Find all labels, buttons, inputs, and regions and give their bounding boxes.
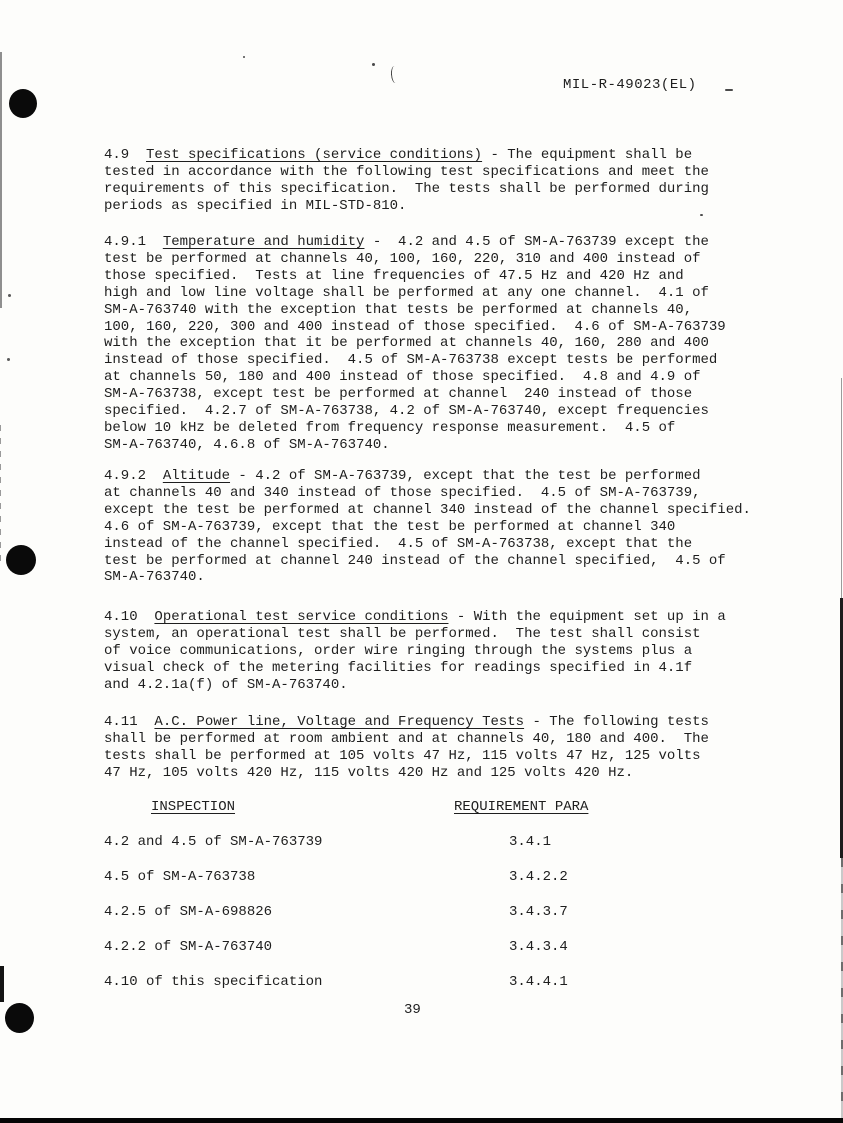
page-number: 39 (404, 1002, 421, 1019)
scan-speck (7, 358, 10, 361)
hole-punch-mark (6, 545, 36, 575)
scan-speck (8, 294, 11, 297)
section-title: Operational test service conditions (154, 609, 448, 625)
table-row: 4.5 of SM-A-763738 3.4.2.2 (104, 869, 804, 886)
section-number: 4.9 (104, 147, 146, 163)
section-number: 4.10 (104, 609, 154, 625)
section-4-9-2: 4.9.2 Altitude - 4.2 of SM-A-763739, exc… (104, 468, 804, 586)
cell-inspection: 4.2 and 4.5 of SM-A-763739 (104, 834, 322, 851)
right-edge-scan-line (841, 858, 843, 1118)
table-row: 4.10 of this specification 3.4.4.1 (104, 974, 804, 991)
section-title: Test specifications (service conditions) (146, 147, 482, 163)
cell-requirement: 3.4.3.4 (509, 939, 568, 956)
left-edge-scan-line (0, 52, 2, 308)
section-4-9: 4.9 Test specifications (service conditi… (104, 147, 804, 215)
scanned-document-page: MIL-R-49023(EL) 4.9 Test specifications … (0, 0, 843, 1123)
cell-requirement: 3.4.4.1 (509, 974, 568, 991)
section-4-10: 4.10 Operational test service conditions… (104, 609, 804, 694)
section-number: 4.9.2 (104, 468, 163, 484)
scan-speck (243, 56, 245, 58)
section-body: - 4.2 of SM-A-763739, except that the te… (104, 468, 751, 585)
right-edge-scan-line (841, 378, 842, 598)
section-number: 4.9.1 (104, 234, 163, 250)
right-edge-scan-line (840, 598, 843, 858)
table-header-requirement: REQUIREMENT PARA (454, 799, 588, 816)
left-edge-scan-bar (0, 966, 4, 1002)
left-edge-scan-line (0, 425, 1, 565)
section-body: - 4.2 and 4.5 of SM-A-763739 except the … (104, 234, 726, 453)
table-row: 4.2 and 4.5 of SM-A-763739 3.4.1 (104, 834, 804, 851)
section-number: 4.11 (104, 714, 154, 730)
section-4-11: 4.11 A.C. Power line, Voltage and Freque… (104, 714, 804, 782)
document-number-header: MIL-R-49023(EL) (563, 77, 697, 94)
cell-requirement: 3.4.1 (509, 834, 551, 851)
cell-inspection: 4.10 of this specification (104, 974, 322, 991)
scan-speck (725, 89, 733, 91)
table-header-inspection: INSPECTION (151, 799, 235, 816)
cell-inspection: 4.5 of SM-A-763738 (104, 869, 255, 886)
section-title: Temperature and humidity (163, 234, 365, 250)
section-title: Altitude (163, 468, 230, 484)
cell-inspection: 4.2.2 of SM-A-763740 (104, 939, 272, 956)
scan-speck (372, 63, 375, 66)
scan-speck (390, 66, 399, 84)
section-title: A.C. Power line, Voltage and Frequency T… (154, 714, 524, 730)
cell-requirement: 3.4.2.2 (509, 869, 568, 886)
bottom-edge-scan-bar (0, 1118, 843, 1123)
hole-punch-mark (9, 89, 37, 118)
table-row: 4.2.5 of SM-A-698826 3.4.3.7 (104, 904, 804, 921)
cell-inspection: 4.2.5 of SM-A-698826 (104, 904, 272, 921)
cell-requirement: 3.4.3.7 (509, 904, 568, 921)
hole-punch-mark (5, 1003, 34, 1033)
table-row: 4.2.2 of SM-A-763740 3.4.3.4 (104, 939, 804, 956)
section-4-9-1: 4.9.1 Temperature and humidity - 4.2 and… (104, 234, 804, 454)
table-header-row: INSPECTION REQUIREMENT PARA (104, 799, 804, 816)
